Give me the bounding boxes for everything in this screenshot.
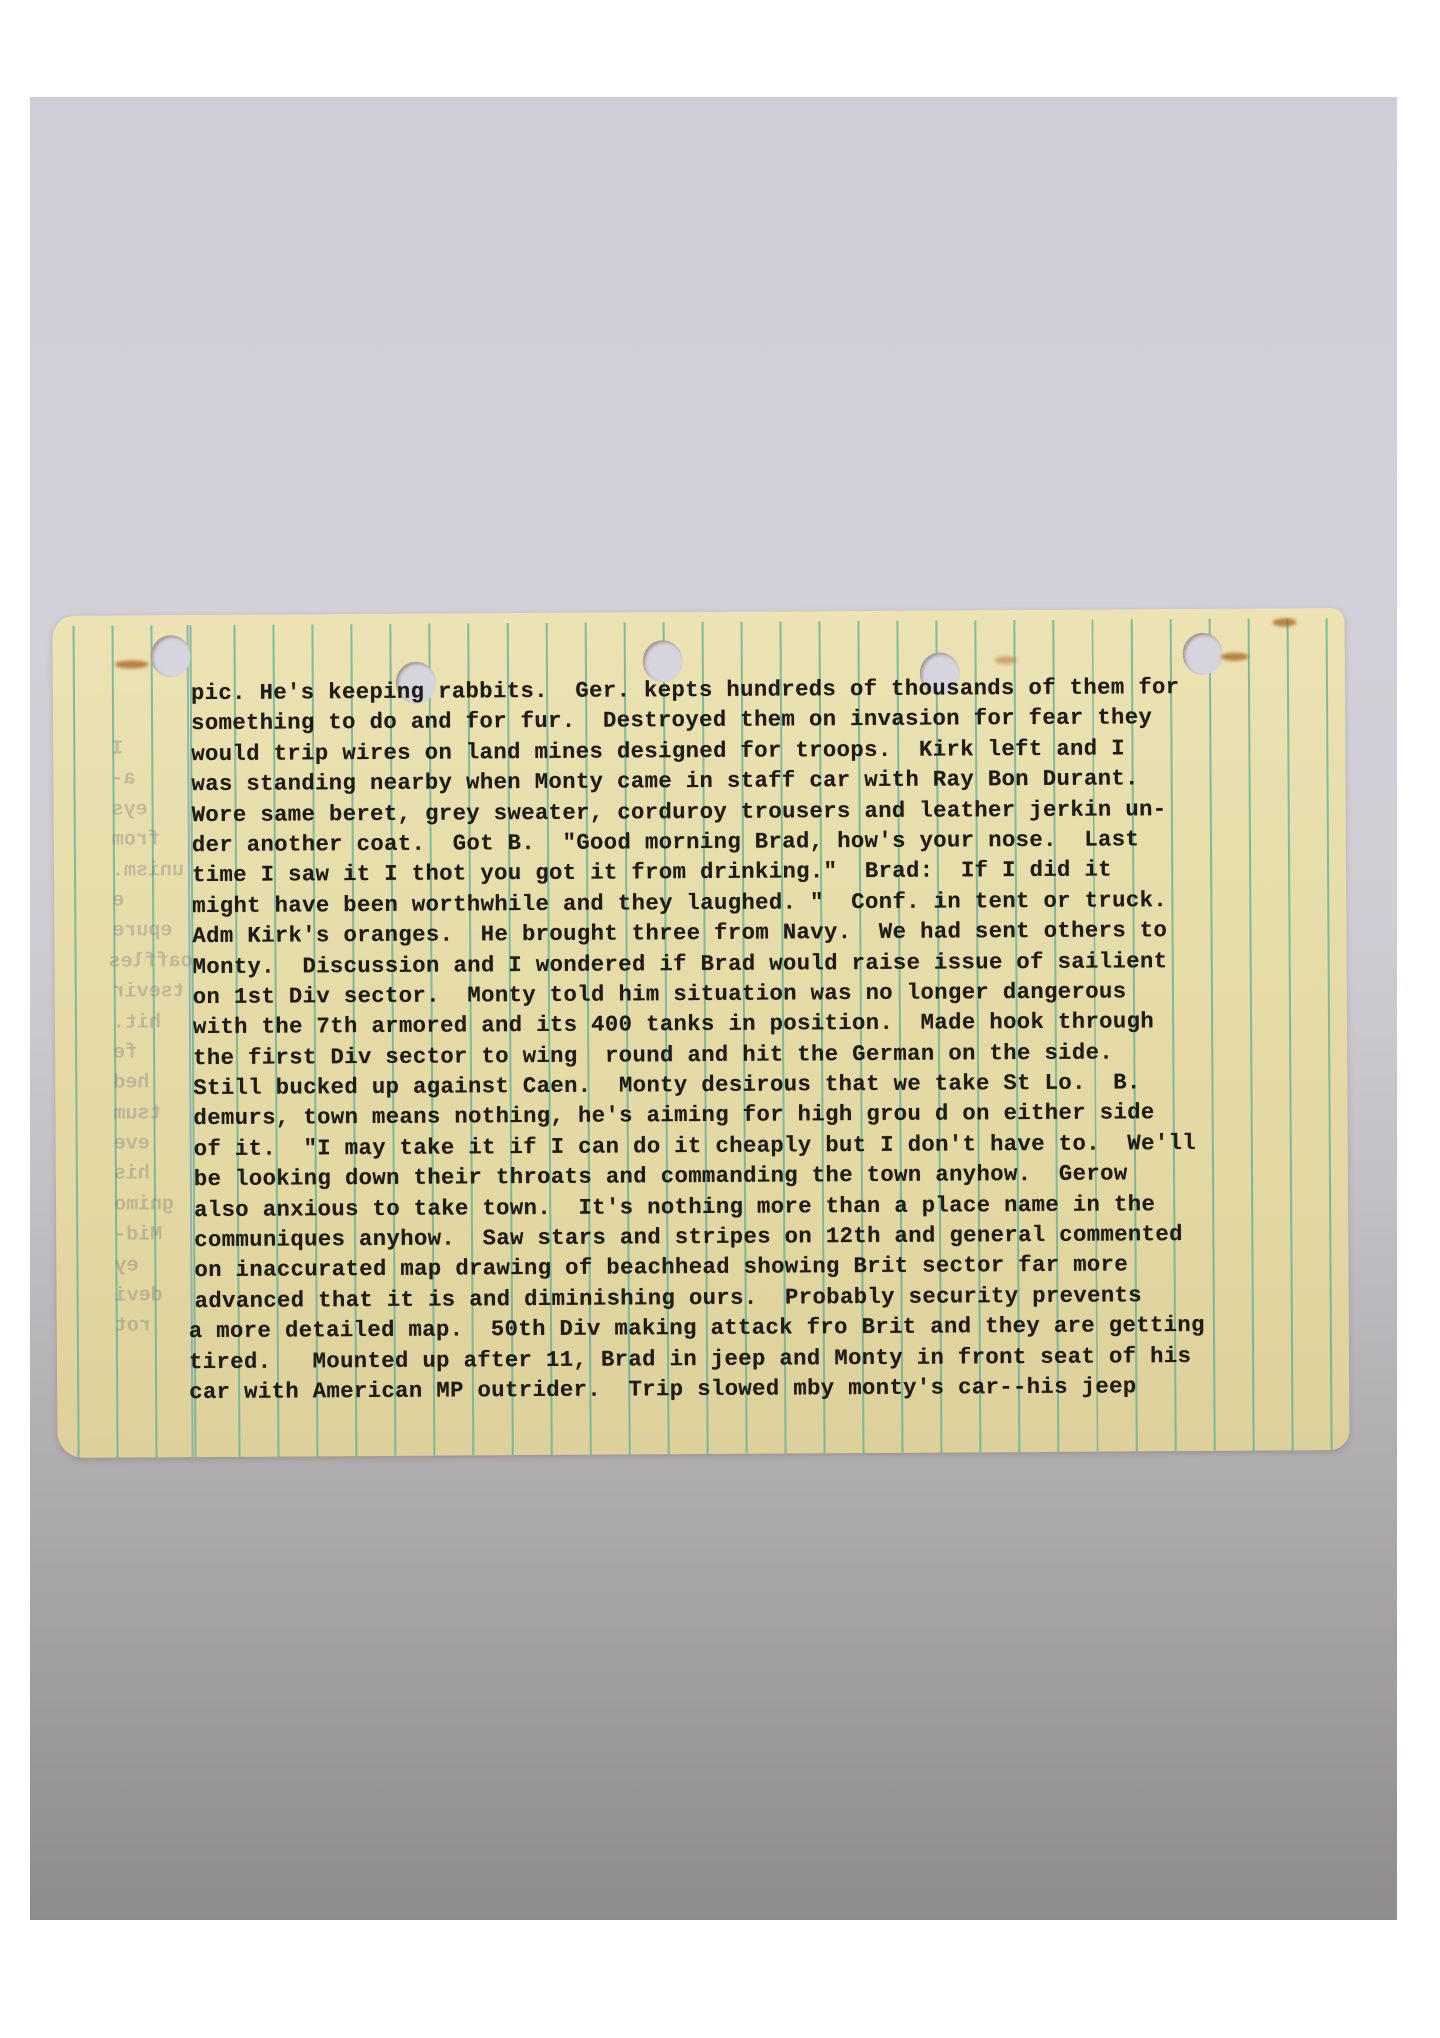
bleed-line: hed: [113, 1068, 193, 1099]
bleed-line: oaffles: [112, 947, 192, 978]
bleed-line: eys: [112, 795, 192, 826]
bleed-line: e: [112, 886, 192, 917]
bleed-line: rot: [115, 1312, 195, 1343]
bleed-line: a-: [111, 764, 191, 795]
typed-text: pic. He's keeping rabbits. Ger. kepts hu…: [191, 671, 1335, 1407]
bleed-line: his: [114, 1160, 194, 1191]
bleed-line: ey: [114, 1251, 194, 1282]
bleed-line: devi: [115, 1281, 195, 1312]
bleed-line: Mid-: [114, 1220, 194, 1251]
bleed-line: tsevir: [113, 977, 193, 1008]
index-card: Ia-eysfromunism.eepureoafflestsevirhit.f…: [52, 608, 1349, 1458]
bleed-through-text: Ia-eysfromunism.eepureoafflestsevirhit.f…: [111, 734, 195, 1342]
bleed-line: unism.: [112, 856, 192, 887]
bleed-line: fe: [113, 1038, 193, 1069]
bleed-line: hit.: [113, 1008, 193, 1039]
bleed-line: tsum: [113, 1099, 193, 1130]
bleed-line: gnimo: [114, 1190, 194, 1221]
photo-background: Ia-eysfromunism.eepureoafflestsevirhit.f…: [30, 97, 1397, 1920]
bleed-line: from: [112, 825, 192, 856]
punch-hole-5: [1183, 633, 1223, 675]
bleed-line: epure: [112, 916, 192, 947]
bleed-line: eve: [114, 1129, 194, 1160]
punch-hole-1: [151, 635, 191, 677]
bleed-line: I: [111, 734, 191, 765]
